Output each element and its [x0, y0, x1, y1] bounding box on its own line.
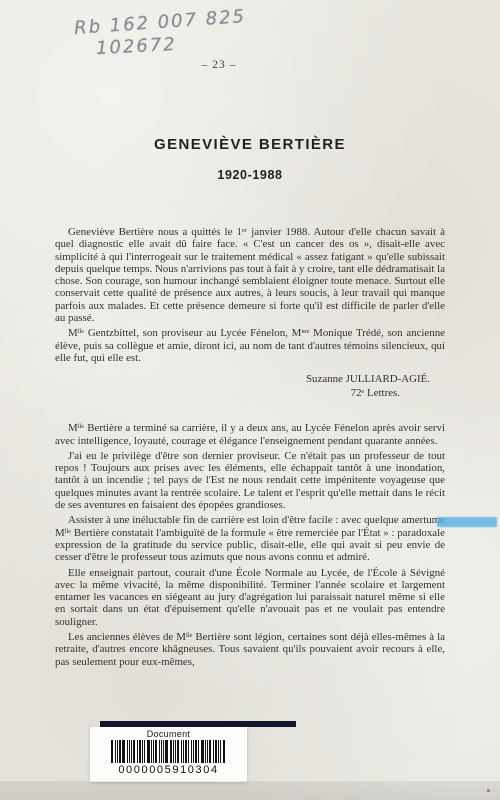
barcode-label: Document [90, 729, 247, 739]
handwritten-secondary-number: 102672 [96, 34, 178, 59]
tribute-paragraph: Assister à une inéluctable fin de carriè… [55, 514, 445, 563]
blue-scan-artifact [437, 517, 497, 527]
tribute-paragraph: J'ai eu le privilège d'être son dernier … [55, 450, 445, 511]
article-body: Geneviève Bertière nous a quittés le 1ᵉʳ… [55, 226, 445, 671]
tribute-paragraph: Les anciennes élèves de Mˡˡᵉ Bertière so… [55, 631, 445, 668]
signature-name: Suzanne JULLIARD-AGIÉ. [55, 373, 445, 386]
barcode-sticker: Document 0000005910304 [90, 727, 247, 782]
obituary-paragraph: Geneviève Bertière nous a quittés le 1ᵉʳ… [55, 226, 445, 324]
page-number: – 23 – [188, 59, 250, 71]
tribute-paragraph: Mˡˡᵉ Bertière a terminé sa carrière, il … [55, 422, 445, 447]
scan-bottom-shading [0, 781, 500, 800]
signature-class: 72ᵉ Lettres. [55, 387, 445, 400]
scanned-document-page: Rb 162 007 825 102672 – 23 – GENEVIÈVE B… [0, 0, 500, 800]
barcode-icon [90, 740, 247, 763]
obituary-paragraph: Mˡˡᵉ Gentzbittel, son proviseur au Lycée… [55, 327, 445, 364]
red-speck-artifact [487, 789, 490, 792]
article-header: GENEVIÈVE BERTIÈRE 1920-1988 [5, 136, 495, 182]
article-title: GENEVIÈVE BERTIÈRE [5, 136, 495, 153]
article-dates: 1920-1988 [5, 168, 495, 182]
barcode-number: 0000005910304 [90, 764, 247, 776]
tribute-paragraph: Elle enseignait partout, courait d'une É… [55, 567, 445, 628]
signature-block: Suzanne JULLIARD-AGIÉ. 72ᵉ Lettres. [55, 373, 445, 399]
